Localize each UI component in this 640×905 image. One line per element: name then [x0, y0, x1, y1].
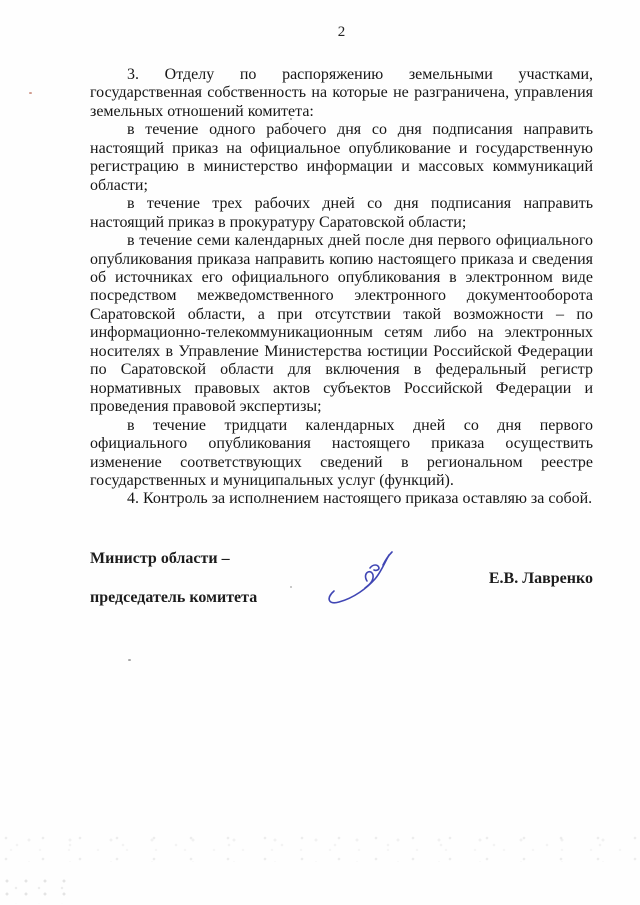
- paragraph-item-3-order: 3. Отделу по распоряжению земельными уча…: [90, 66, 593, 121]
- scan-corner-speckle: [2, 876, 76, 904]
- scan-speck: [128, 659, 131, 661]
- paragraph-seven-calendar-days: в течение семи календарных дней после дн…: [90, 232, 593, 417]
- signatory-name: Е.В. Лавренко: [489, 570, 593, 588]
- signatory-position-line2: председатель комитета: [90, 589, 257, 606]
- scan-speck: [290, 586, 292, 588]
- signatory-position-line1: Министр области –: [90, 550, 230, 567]
- document-body: 3. Отделу по распоряжению земельными уча…: [90, 66, 593, 509]
- paragraph-three-working-days: в течение трех рабочих дней со дня подпи…: [90, 195, 593, 232]
- scan-speck: [29, 92, 32, 94]
- paragraph-item-4-control: 4. Контроль за исполнением настоящего пр…: [90, 490, 593, 508]
- page-number: 2: [90, 24, 593, 41]
- paragraph-one-working-day: в течение одного рабочего дня со дня под…: [90, 121, 593, 195]
- signatory-position: Министр области – председатель комитета: [90, 549, 257, 608]
- paragraph-thirty-calendar-days: в течение тридцати календарных дней со д…: [90, 417, 593, 491]
- document-page: 2 3. Отделу по распоряжению земельными у…: [0, 0, 640, 905]
- handwritten-signature-icon: [326, 551, 402, 609]
- scan-speck: [290, 118, 292, 120]
- signature-block: Министр области – председатель комитета …: [90, 549, 593, 609]
- scan-noise-band: [0, 834, 640, 862]
